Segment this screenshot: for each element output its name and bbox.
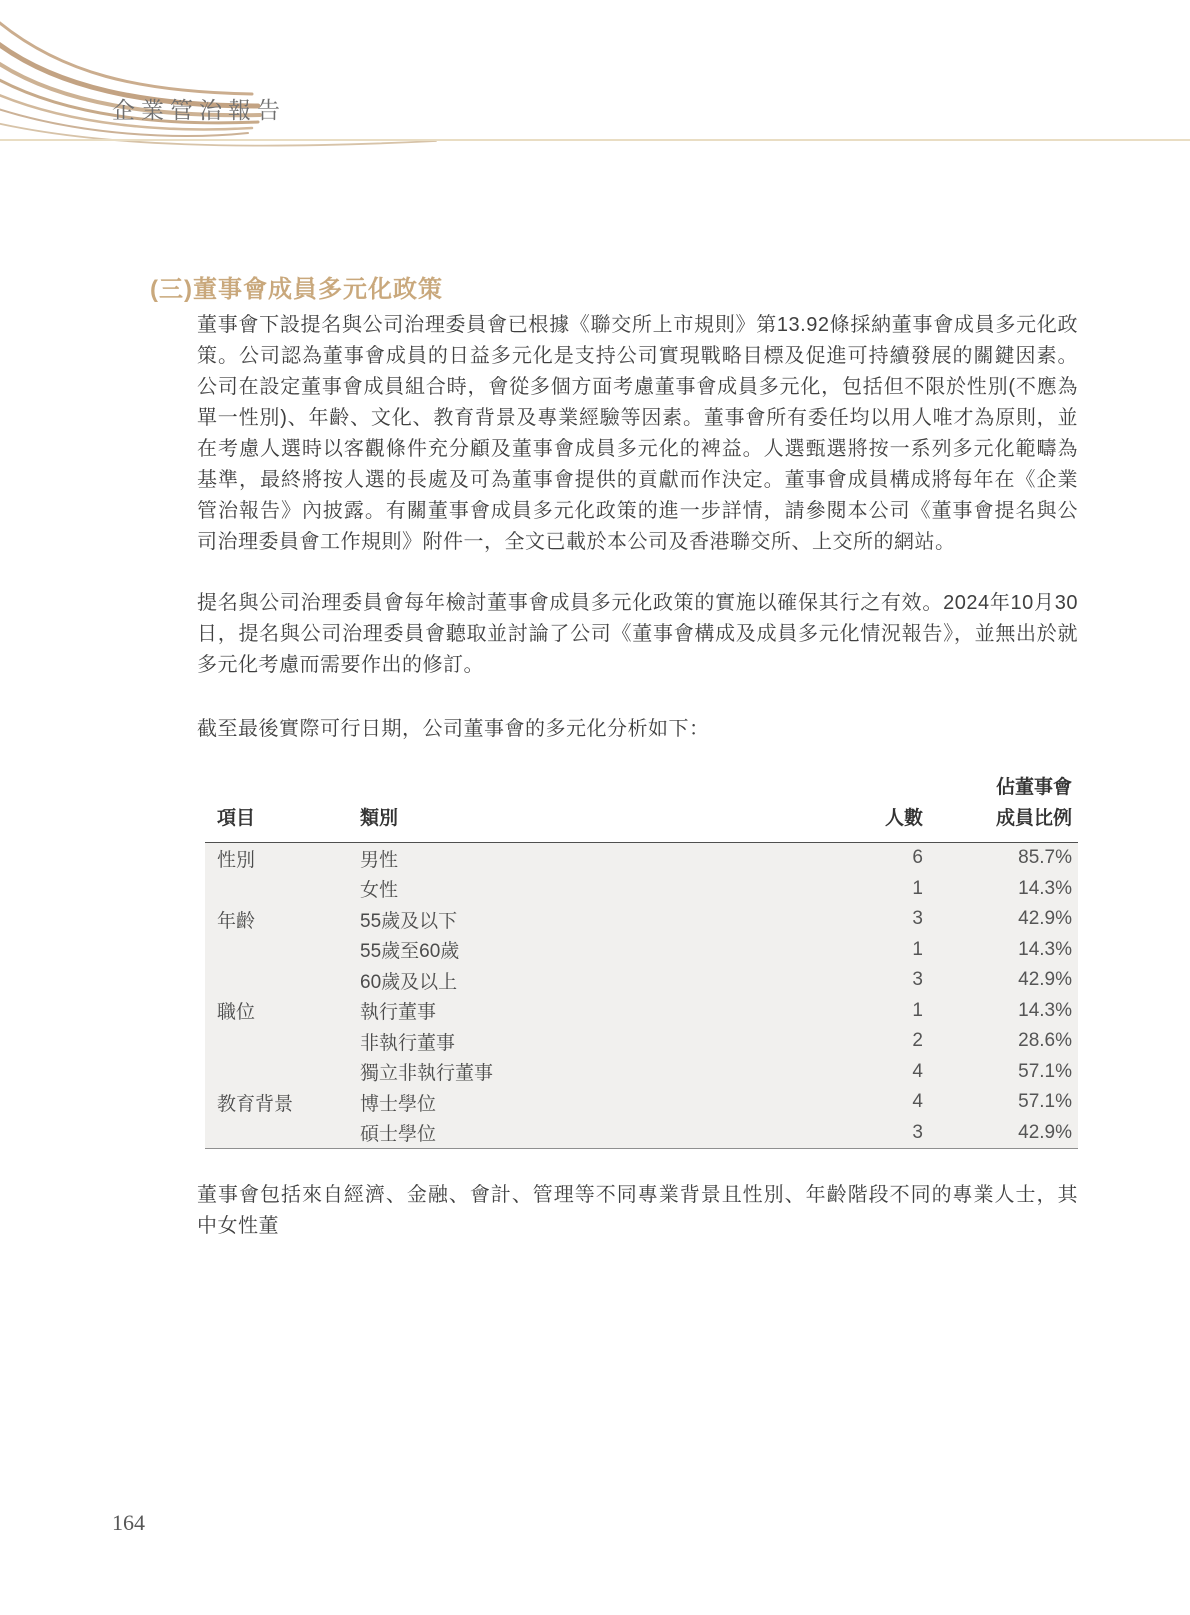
paragraph-policy-overview: 董事會下設提名與公司治理委員會已根據《聯交所上市規則》第13.92條採納董事會成… bbox=[197, 310, 1078, 558]
cell-category: 獨立非執行董事 bbox=[360, 1058, 828, 1085]
page-number: 164 bbox=[112, 1510, 145, 1536]
cell-count: 6 bbox=[828, 847, 923, 869]
header-ratio-line1: 佔董事會 bbox=[923, 772, 1072, 803]
table-row: 非執行董事228.6% bbox=[205, 1026, 1078, 1057]
diversity-table-body: 性別男性685.7%女性114.3%年齡55歲及以下342.9%55歲至60歲1… bbox=[205, 843, 1078, 1149]
cell-ratio: 14.3% bbox=[923, 939, 1078, 961]
cell-ratio: 85.7% bbox=[923, 847, 1078, 869]
cell-category: 博士學位 bbox=[360, 1089, 828, 1116]
header-item: 項目 bbox=[205, 803, 360, 834]
paragraph-annual-review: 提名與公司治理委員會每年檢討董事會成員多元化政策的實施以確保其行之有效。2024… bbox=[197, 588, 1078, 681]
cell-count: 3 bbox=[828, 1122, 923, 1144]
cell-ratio: 42.9% bbox=[923, 908, 1078, 930]
cell-ratio: 42.9% bbox=[923, 969, 1078, 991]
cell-category: 60歲及以上 bbox=[360, 967, 828, 994]
paragraph-table-intro: 截至最後實際可行日期，公司董事會的多元化分析如下： bbox=[197, 714, 1078, 745]
cell-ratio: 28.6% bbox=[923, 1030, 1078, 1052]
cell-ratio: 57.1% bbox=[923, 1061, 1078, 1083]
cell-count: 4 bbox=[828, 1091, 923, 1113]
diversity-table: 項目 類別 人數 佔董事會 成員比例 性別男性685.7%女性114.3%年齡5… bbox=[205, 766, 1078, 1149]
header-divider bbox=[0, 139, 1190, 141]
table-row: 碩士學位342.9% bbox=[205, 1118, 1078, 1149]
header-category: 類別 bbox=[360, 803, 828, 834]
cell-item: 年齡 bbox=[205, 906, 360, 933]
paragraph-closing: 董事會包括來自經濟、金融、會計、管理等不同專業背景且性別、年齡階段不同的專業人士… bbox=[197, 1180, 1078, 1242]
table-row: 55歲至60歲114.3% bbox=[205, 935, 1078, 966]
cell-category: 男性 bbox=[360, 845, 828, 872]
table-row: 年齡55歲及以下342.9% bbox=[205, 904, 1078, 935]
cell-count: 3 bbox=[828, 969, 923, 991]
table-row: 女性114.3% bbox=[205, 874, 1078, 905]
table-row: 60歲及以上342.9% bbox=[205, 965, 1078, 996]
cell-category: 執行董事 bbox=[360, 997, 828, 1024]
cell-category: 碩士學位 bbox=[360, 1119, 828, 1146]
cell-ratio: 14.3% bbox=[923, 1000, 1078, 1022]
cell-count: 4 bbox=[828, 1061, 923, 1083]
cell-category: 55歲至60歲 bbox=[360, 936, 828, 963]
cell-ratio: 14.3% bbox=[923, 878, 1078, 900]
cell-item: 職位 bbox=[205, 997, 360, 1024]
cell-count: 1 bbox=[828, 1000, 923, 1022]
cell-count: 1 bbox=[828, 939, 923, 961]
report-page: 企業管治報告 (三)董事會成員多元化政策 董事會下設提名與公司治理委員會已根據《… bbox=[0, 0, 1190, 1615]
cell-category: 女性 bbox=[360, 875, 828, 902]
cell-category: 55歲及以下 bbox=[360, 906, 828, 933]
cell-ratio: 42.9% bbox=[923, 1122, 1078, 1144]
header-ratio: 佔董事會 成員比例 bbox=[923, 772, 1078, 834]
cell-count: 3 bbox=[828, 908, 923, 930]
page-header-title: 企業管治報告 bbox=[112, 92, 286, 125]
table-row: 職位執行董事114.3% bbox=[205, 996, 1078, 1027]
diversity-table-header: 項目 類別 人數 佔董事會 成員比例 bbox=[205, 766, 1078, 843]
section-title: (三)董事會成員多元化政策 bbox=[150, 269, 443, 304]
cell-item: 性別 bbox=[205, 845, 360, 872]
cell-count: 2 bbox=[828, 1030, 923, 1052]
table-row: 性別男性685.7% bbox=[205, 843, 1078, 874]
cell-category: 非執行董事 bbox=[360, 1028, 828, 1055]
cell-ratio: 57.1% bbox=[923, 1091, 1078, 1113]
cell-item: 教育背景 bbox=[205, 1089, 360, 1116]
table-row: 獨立非執行董事457.1% bbox=[205, 1057, 1078, 1088]
swoosh-decoration-icon bbox=[0, 14, 440, 164]
header-ratio-line2: 成員比例 bbox=[923, 803, 1072, 834]
cell-count: 1 bbox=[828, 878, 923, 900]
table-row: 教育背景博士學位457.1% bbox=[205, 1087, 1078, 1118]
header-count: 人數 bbox=[828, 803, 923, 834]
